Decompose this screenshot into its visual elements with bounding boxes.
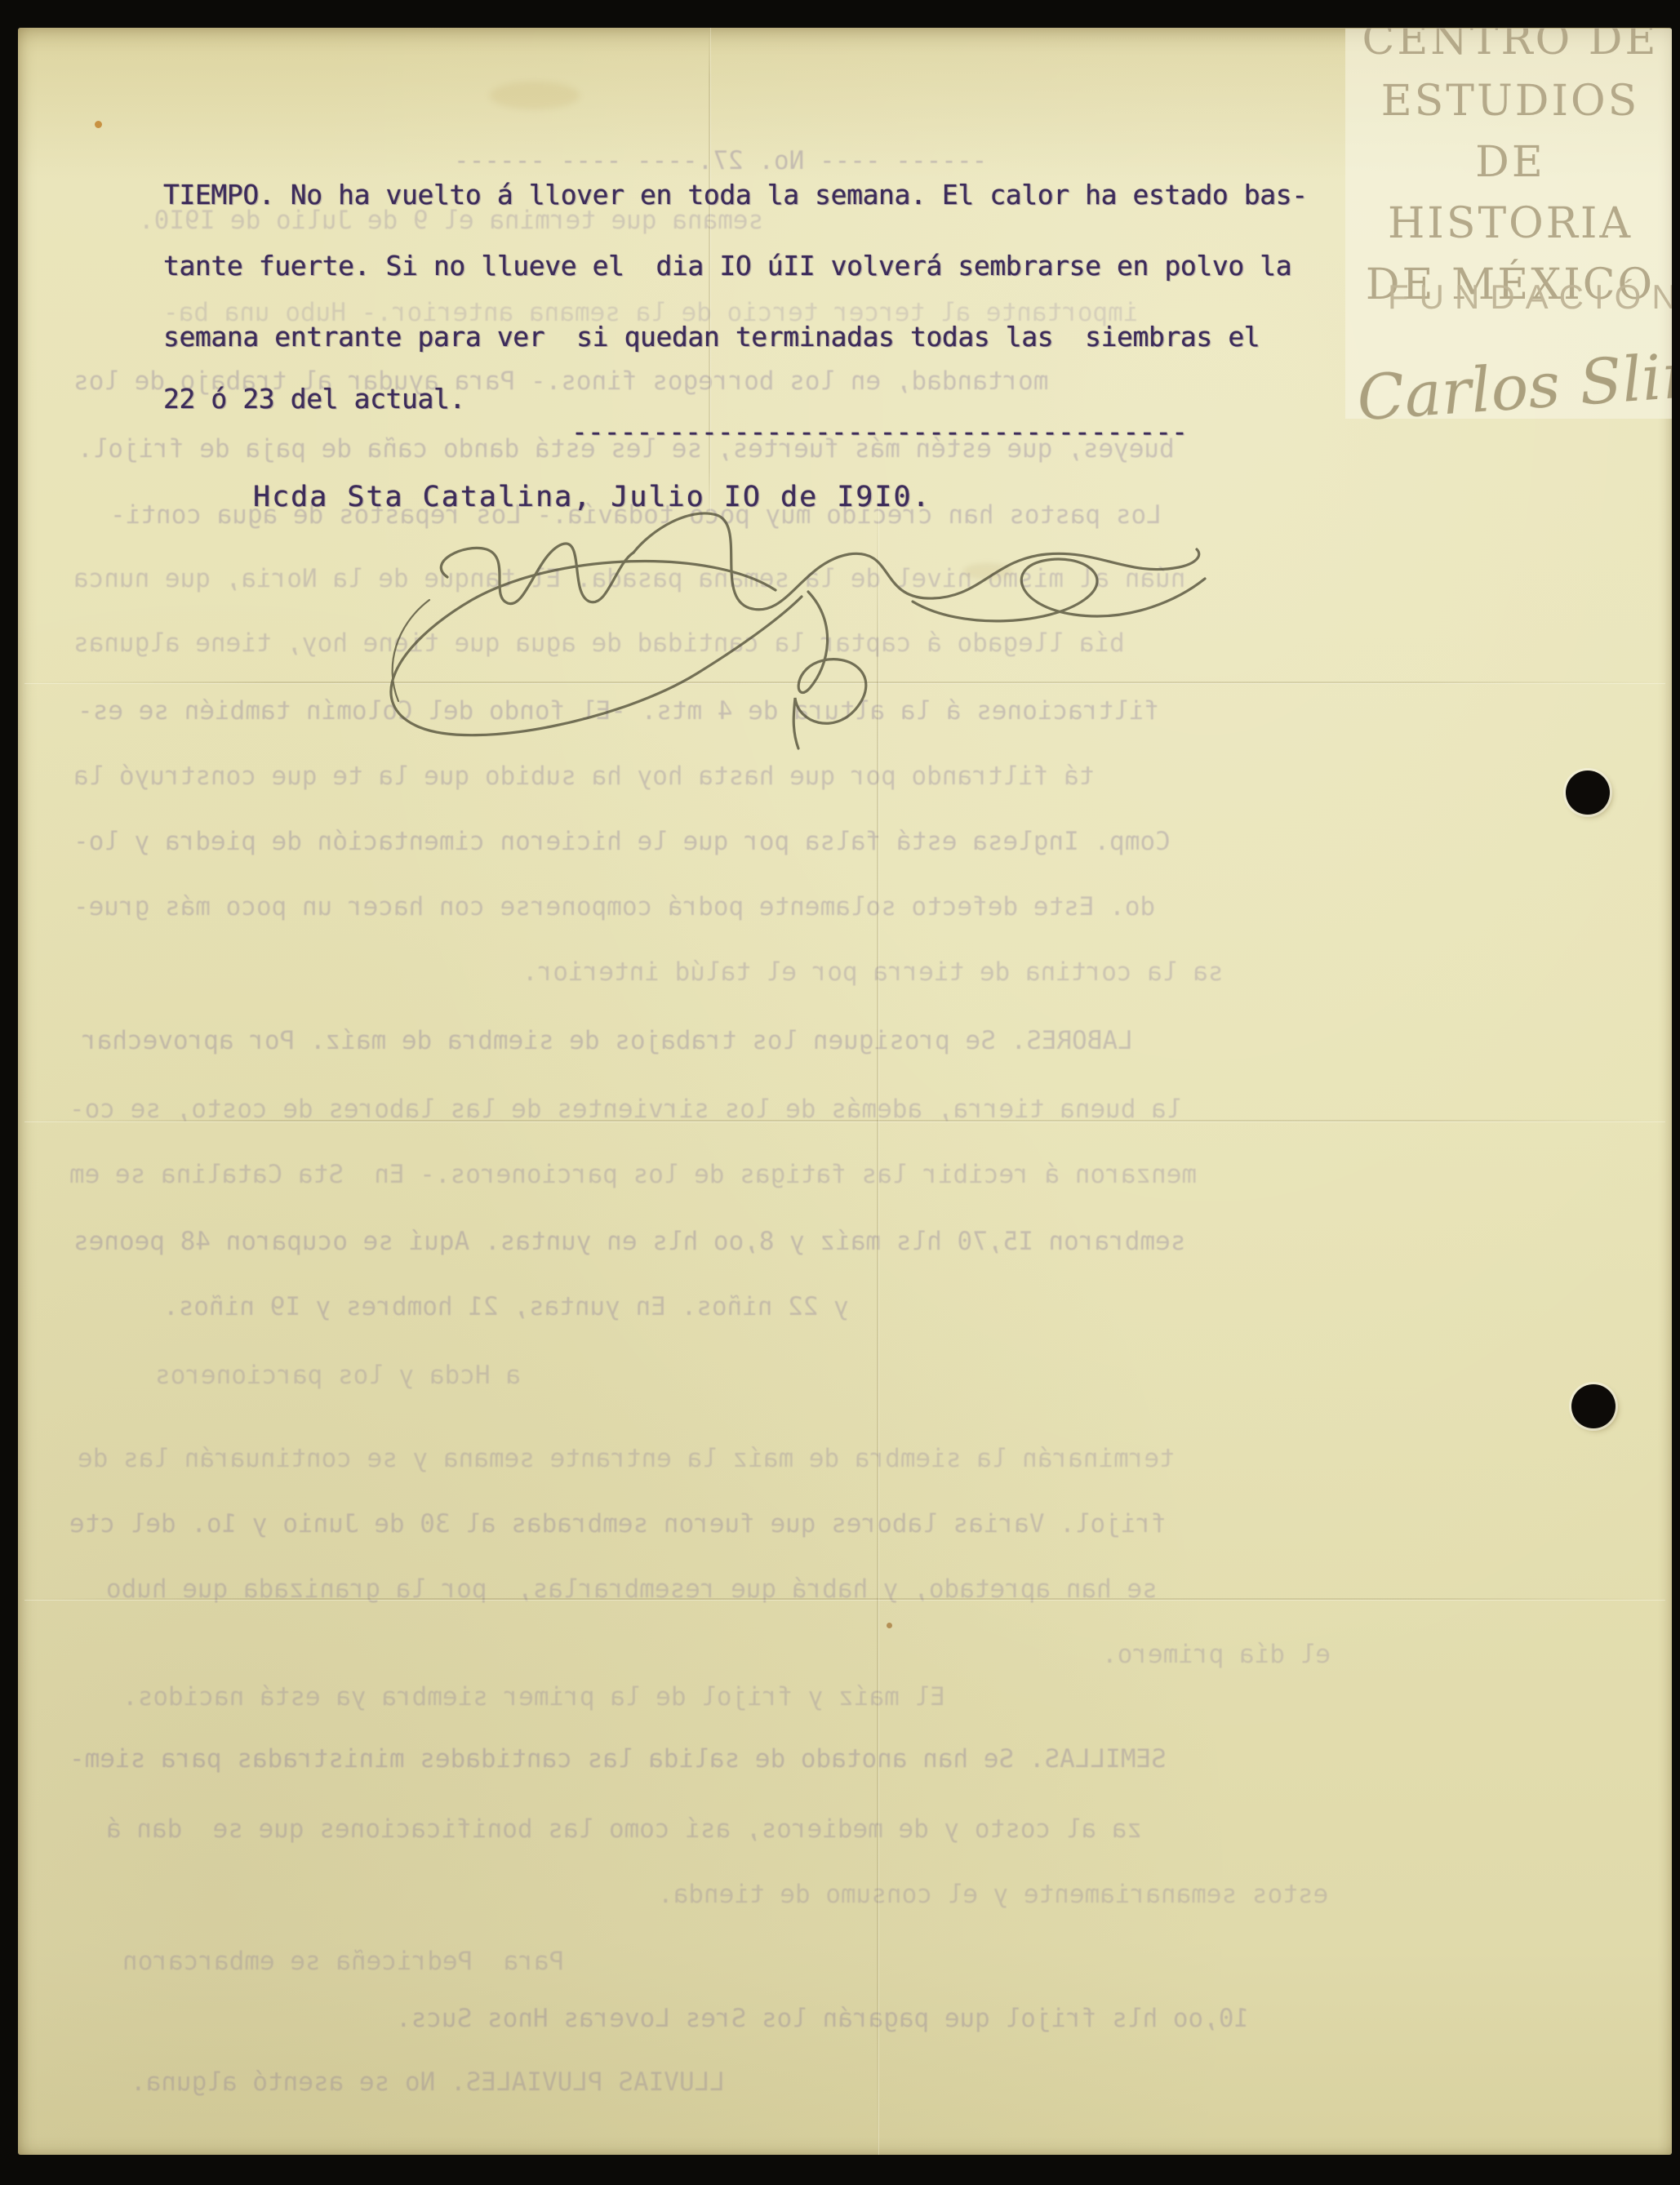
bleedthrough-line: LABORES. Se prosiguen los trabajos de si…: [82, 1028, 1133, 1054]
bleedthrough-line: Comp. Inglesa está falsa por que le hici…: [73, 829, 1171, 855]
letter-line: tante fuerte. Si no llueve el dia IO úII…: [163, 252, 1291, 279]
bleedthrough-line: terminarán la siembra de maíz la entrant…: [78, 1446, 1175, 1472]
watermark-line: ESTUDIOS: [1345, 71, 1672, 132]
paper-smudge: [490, 82, 580, 109]
bleedthrough-line: do. Este defecto solamente podrá compone…: [73, 895, 1155, 920]
foxing-spot: [95, 121, 102, 128]
bleedthrough-line: estos semanariamente y el consumo de tie…: [658, 1882, 1328, 1907]
watermark-foundation-label: FUNDACIÓN: [1388, 278, 1672, 317]
bleedthrough-line: tá filtrando por que hasta hoy ha subido…: [73, 764, 1094, 789]
bleedthrough-line: Para Pedriceña se embarcaron: [122, 1949, 564, 1974]
horizontal-fold-crease: [24, 1120, 1665, 1121]
bleedthrough-line: LLUVIAS PLUVIALES. No se asentó alguna.: [131, 2070, 725, 2095]
bleedthrough-line: sembraron I5,70 hls maíz y 8,oo hls en y…: [73, 1229, 1185, 1255]
typed-dashed-separator: --------------------------------------: [571, 418, 1188, 445]
punch-hole: [1571, 1384, 1616, 1428]
letter-line: semana entrante para ver si quedan termi…: [163, 323, 1260, 350]
bleedthrough-line: El maíz y frijol de la primer siembra ya…: [122, 1685, 945, 1710]
bleedthrough-line: menzaron á recibir las fatigas de los pa…: [69, 1162, 1197, 1188]
bleedthrough-line: 10,oo hls frijol que pagarán los Sres Lo…: [396, 2006, 1249, 2032]
bleedthrough-line: frijol. Varias labores que fueron sembra…: [69, 1512, 1167, 1537]
bleedthrough-line: el día primero.: [1102, 1642, 1331, 1668]
bleedthrough-line: sa la cortina de tierra por el talúd int…: [522, 960, 1224, 985]
bleedthrough-line: semana que termina el 9 de Julio de I9I0…: [139, 208, 763, 233]
paper-sheet: ------ ---- No. 27.---- ---- ------seman…: [18, 28, 1672, 2155]
bleedthrough-line: y 22 niños. En yuntas, 21 hombres y I9 n…: [163, 1295, 849, 1320]
page-content: ------ ---- No. 27.---- ---- ------seman…: [18, 28, 1672, 2155]
scanned-letter-page: ------ ---- No. 27.---- ---- ------seman…: [0, 0, 1680, 2185]
foxing-spot: [887, 1623, 892, 1628]
watermark-line: CENTRO DE: [1345, 28, 1672, 71]
handwritten-signature: [351, 502, 1216, 755]
bleedthrough-line: ------ ---- No. 27.---- ---- ------: [454, 149, 987, 174]
bleedthrough-line: a Hcda y los parcioneros: [155, 1363, 521, 1388]
watermark-line: DE HISTORIA: [1345, 132, 1672, 255]
punch-hole: [1566, 771, 1610, 815]
bleedthrough-line: za al costo y de medieros, así como las …: [106, 1817, 1142, 1842]
bleedthrough-line: la buena tierra, además de los sirviente…: [69, 1097, 1181, 1122]
bleedthrough-line: SEMILLAS. Se han anotado de salida las c…: [69, 1747, 1167, 1772]
letter-line: TIEMPO. No ha vuelto á llover en toda la…: [163, 181, 1308, 208]
watermark-archive-name: CENTRO DE ESTUDIOS DE HISTORIA DE MÉXICO: [1345, 28, 1672, 316]
horizontal-fold-crease: [24, 1598, 1665, 1600]
letter-line: 22 ó 23 del actual.: [163, 385, 465, 412]
